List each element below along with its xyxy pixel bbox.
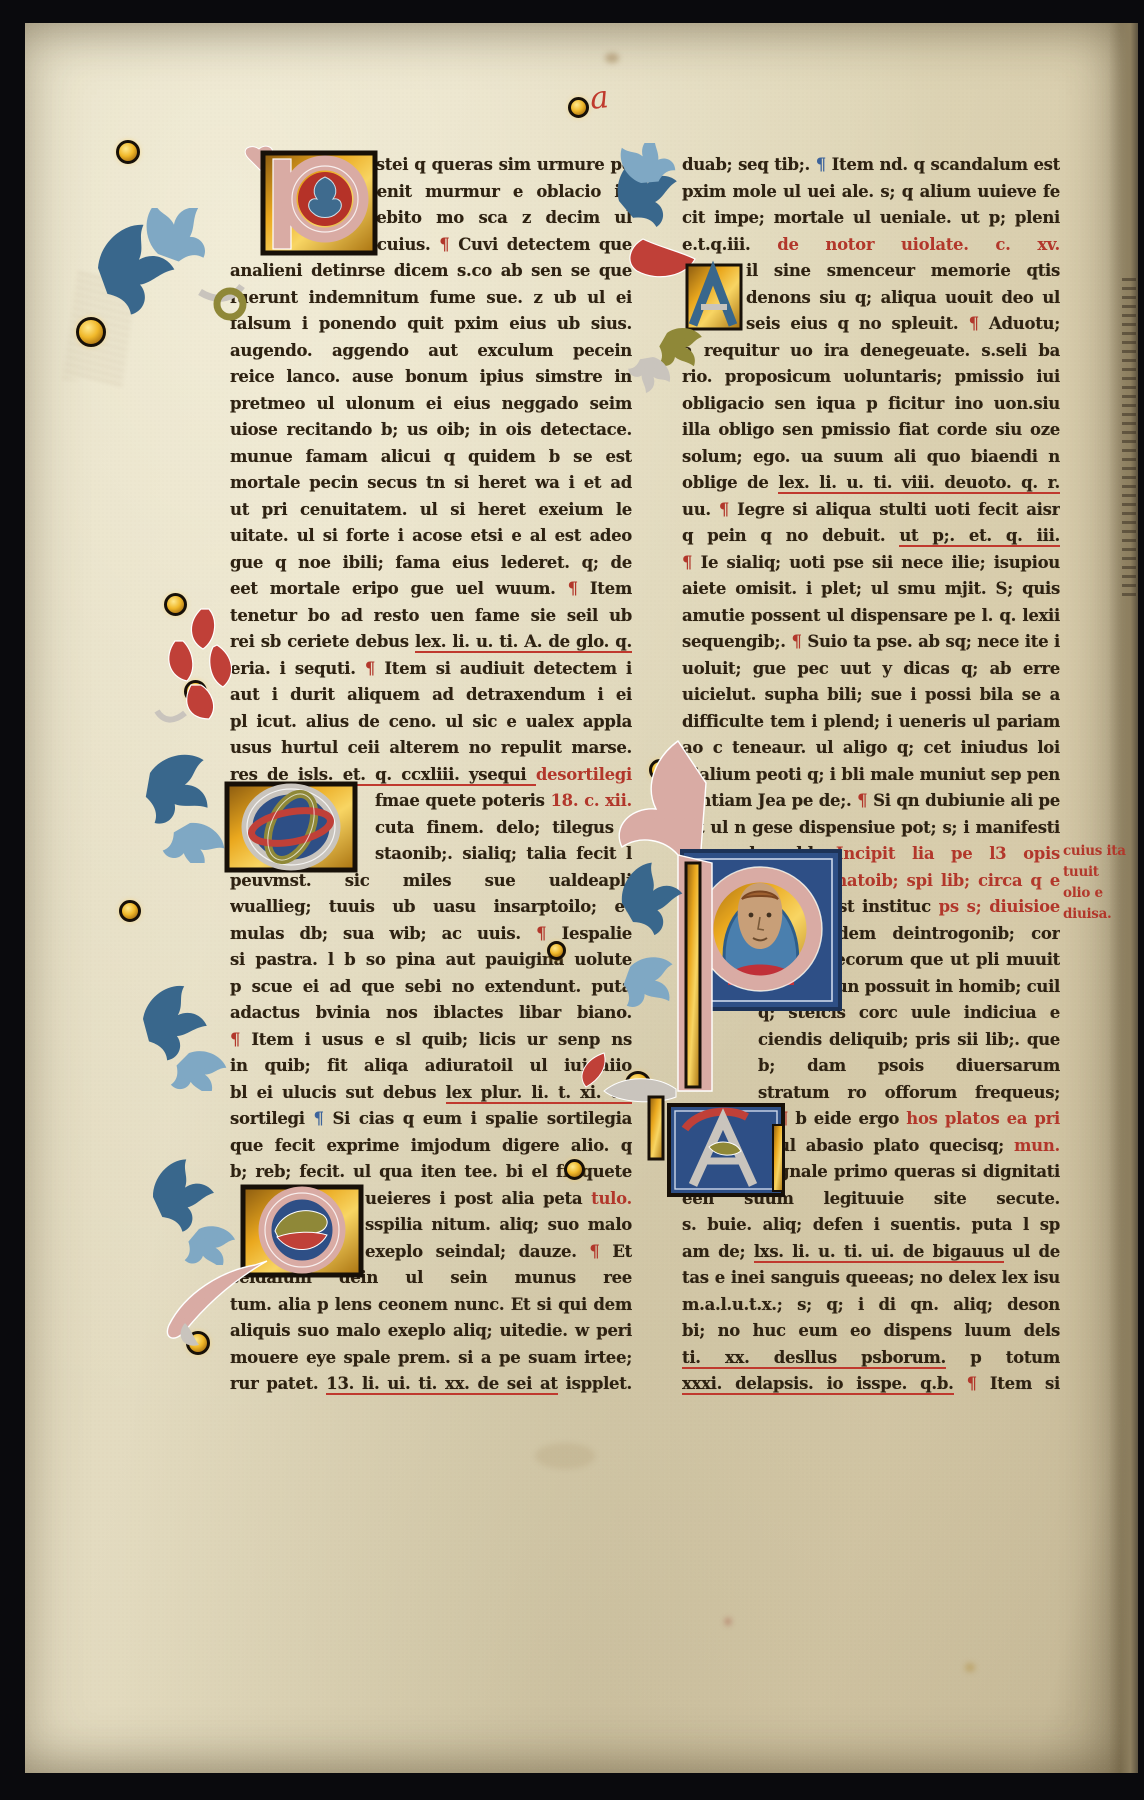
text-line: q pein q no debuit. ut p;. et. q. iii. (682, 523, 1060, 550)
stain (965, 1663, 975, 1672)
stain (605, 53, 619, 63)
manuscript-photo: a ostei q queras sim urmure peuenit murm… (0, 0, 1144, 1800)
rubric-text: mun. (1014, 1136, 1060, 1155)
margin-note: cuius ita (1063, 843, 1126, 859)
text-line: uu. ¶ Iegre si aliqua stulti uoti fecit … (682, 497, 1060, 524)
text-line: ueieres i post alia peta tulo. c. xiii (365, 1186, 632, 1213)
text-line: tenetur bo ad resto uen fame sie seil ub (230, 603, 632, 630)
rubric-text: et. q. ccxliii. ysequi (343, 765, 536, 786)
gothic-text: ueieres i post alia peta (365, 1189, 591, 1208)
underlying-page-text-edge (1122, 278, 1136, 598)
text-line: oblige de lex. li. u. ti. viii. deuoto. … (682, 470, 1060, 497)
gothic-text: sequengib;. (682, 632, 791, 651)
rubric-text: ¶ (568, 579, 590, 598)
text-line: reice lanco. ause bonum ipius simstre in (230, 364, 632, 391)
gold-bezant-dot (116, 140, 140, 164)
text-line: am de; lxs. li. u. ti. ui. de bigauus ul… (682, 1239, 1060, 1266)
margin-note: diuisa. (1063, 906, 1111, 922)
rubric-text: gnatoib; spi lib; circa q e (824, 871, 1060, 890)
text-line: rur patet. 13. li. ui. ti. xx. de sei at… (230, 1371, 632, 1398)
rubric-text: ¶ (719, 500, 737, 519)
text-line: gnatoib; spi lib; circa q e (824, 868, 1060, 895)
gothic-text: tas e inei sanguis queeas; no delex lex … (682, 1268, 1060, 1287)
gothic-text: Ie sialiq; uoti pse sii nece ilie; isupi… (701, 553, 1060, 572)
rubric-text: ps s; diuisioe (939, 897, 1060, 916)
gothic-text: uu. (682, 500, 719, 519)
text-line: ¶ Ie sialiq; uoti pse sii nece ilie; isu… (682, 550, 1060, 577)
gothic-text: tenetur bo ad resto uen fame sie seil ub (230, 606, 632, 625)
gothic-text: fmae quete poteris (375, 791, 550, 810)
gothic-text: exeplo seindal; dauze. (365, 1242, 589, 1261)
gothic-text: gue q noe ibili; fama eius lederet. q; d… (230, 553, 632, 572)
gothic-text: illa obligo sen pmissio fiat corde siu o… (682, 420, 1060, 439)
acanthus-ornament-top-left (80, 208, 270, 328)
acanthus-ornament-mid-left (130, 703, 260, 863)
gold-bezant-dot (564, 1159, 585, 1180)
text-line: il sine smenceur memorie qtis (746, 258, 1060, 285)
rubric-text: lex. li. u. ti. viii. deuoto. q. r. (778, 473, 1060, 494)
text-line: pretmeo ul ulonum ei eius neggado seim (230, 391, 632, 418)
text-line: uitate. ul si forte i acose etsi e al es… (230, 523, 632, 550)
text-line: denons siu q; aliqua uouit deo ul (746, 285, 1060, 312)
text-line: bi; no huc eum eo dispens luum dels lex.… (682, 1318, 1060, 1345)
acanthus-ornament-lower-left-1 (127, 961, 257, 1091)
stain (725, 1618, 731, 1625)
rubric-text: hos platos ea pri (906, 1109, 1060, 1128)
gothic-text: pecorum que ut pli muuit (824, 950, 1060, 969)
text-line: augendo. aggendo aut exculum pecein (230, 338, 632, 365)
gold-bezant-dot (568, 97, 589, 118)
rubric-text: ¶ (365, 659, 384, 678)
gothic-text: mortale pecin secus tn si heret wa i et … (230, 473, 632, 492)
illuminated-initial-a-lower (645, 1095, 795, 1205)
gothic-text: nun possuit in homib; cuil e (824, 977, 1060, 1001)
gothic-text: Suio ta pse. ab sq; nece ite i (807, 632, 1060, 651)
gothic-text: Item si audiuit detectem i (384, 659, 632, 678)
gothic-text: sspilia nitum. aliq; suo malo (365, 1215, 632, 1234)
gothic-text: Aduotu; (989, 314, 1060, 333)
text-line: fuerunt indemnitum fume sue. z ub ul ei (230, 285, 632, 312)
text-line: mortale pecin secus tn si heret wa i et … (230, 470, 632, 497)
margin-note: tuuit (1063, 864, 1099, 880)
text-line: pecorum que ut pli muuit (824, 947, 1060, 974)
stain (535, 1443, 595, 1469)
rubric-text: lxs. li. u. ti. ui. de bigauus (754, 1242, 1004, 1263)
text-line: tidem deintrogonib; cor (824, 921, 1060, 948)
text-line: aut i durit aliquem ad detraxendum i ei (230, 682, 632, 709)
gothic-text: bl ei ulucis sut debus (230, 1083, 446, 1102)
rubric-text: ¶ (791, 632, 807, 651)
text-line: falsum i ponendo quit pxim eius ub sius. (230, 311, 632, 338)
rubric-text: de notor uiolate. c. xv. (777, 235, 1060, 254)
gothic-text (954, 1374, 967, 1393)
margin-note: olio e (1063, 885, 1103, 901)
rubric-text: ¶ (682, 553, 701, 572)
gothic-text: gnale primo queras si dignitati (778, 1162, 1060, 1181)
rubric-text: ¶ (536, 924, 562, 943)
gold-bezant-dot (119, 900, 141, 922)
text-line: gnale primo queras si dignitati (778, 1159, 1060, 1186)
text-line: munue famam alicui q quidem b se est (230, 444, 632, 471)
rubric-text: ¶ (439, 235, 458, 254)
gothic-text: q pein q no debuit. (682, 526, 899, 545)
acanthus-ornament-lower-left-2 (135, 1145, 265, 1265)
rubric-text: xxxi. delapsis. io isspe. q.b. (682, 1374, 954, 1395)
gothic-text: ¶ (816, 155, 832, 174)
rubric-text: ti. xx. desllus psborum. (682, 1348, 946, 1369)
quire-mark: a (588, 79, 610, 117)
gothic-text: il sine smenceur memorie qtis (746, 261, 1060, 280)
text-line: sequengib;. ¶ Suio ta pse. ab sq; nece i… (682, 629, 1060, 656)
rubric-text: ¶ (967, 1374, 990, 1393)
rubric-text: ¶ (857, 791, 873, 810)
gothic-text: Item (590, 579, 632, 598)
gothic-text: pretmeo ul ulonum ei eius neggado seim (230, 394, 632, 413)
text-line: xxxi. delapsis. io isspe. q.b. ¶ Item si… (682, 1371, 1060, 1398)
gothic-text: uoluit; gue pec uut y dicas q; ab erre (682, 659, 1060, 678)
gothic-text: uitate. ul si forte i acose etsi e al es… (230, 526, 632, 545)
gothic-text: reice lanco. ause bonum ipius simstre in (230, 367, 632, 386)
text-line: m.a.l.u.t.x.; s; q; i di qn. aliq; deson… (682, 1292, 1060, 1319)
gothic-text: ¶ (314, 1109, 333, 1128)
text-line: illa obligo sen pmissio fiat corde siu o… (682, 417, 1060, 444)
rubric-text: Incipit lia pe l3 opis (836, 844, 1060, 863)
gothic-text: tidem deintrogonib; cor (824, 924, 1060, 943)
gothic-text: fuerunt indemnitum fume sue. z ub ul ei (230, 288, 632, 307)
gothic-text: Iegre si aliqua stulti uoti fecit aisr (737, 500, 1060, 519)
gothic-text: aut i durit aliquem ad detraxendum i ei (230, 685, 632, 704)
text-line: rei sb ceriete debus lex. li. u. ti. A. … (230, 629, 632, 656)
gothic-text: uiose recitando b; us oib; in ois detect… (230, 420, 632, 439)
text-line: tas e inei sanguis queeas; no delex lex … (682, 1265, 1060, 1292)
gothic-text: aiete omisit. i plet; ul smu mjit. S; qu… (682, 579, 1060, 598)
gothic-text: Item nd. q scandalum est (832, 155, 1060, 174)
text-line: solum; ego. ua suum ali quo biaendi n (682, 444, 1060, 471)
text-line: ti. xx. desllus psborum. p totum illegme… (682, 1345, 1060, 1372)
rubric-text: ¶ (969, 314, 989, 333)
gothic-text: falsum i ponendo quit pxim eius ub sius. (230, 314, 632, 333)
gothic-text: bi; no huc eum eo dispens luum dels lex.… (682, 1321, 1060, 1345)
text-line: uicielut. supha bili; sue i possi bila s… (682, 682, 1060, 709)
gothic-text: s. buie. aliq; defen i suentis. puta l s… (682, 1215, 1060, 1239)
gothic-text: oblige de (682, 473, 778, 492)
gothic-text: eet mortale eripo gue uel wuum. (230, 579, 568, 598)
gothic-text: denons siu q; aliqua uouit deo ul (746, 288, 1060, 307)
gothic-text: Si qn dubiunie ali pe (873, 791, 1060, 810)
gothic-text: uicielut. supha bili; sue i possi bila s… (682, 685, 1060, 704)
text-line: sspilia nitum. aliq; suo malo (365, 1212, 632, 1239)
text-line: aiete omisit. i plet; ul smu mjit. S; qu… (682, 576, 1060, 603)
illuminated-initial-a-top (583, 143, 758, 413)
text-line: eria. i sequti. ¶ Item si audiuit detect… (230, 656, 632, 683)
gothic-text: seis eius q no spleuit. (746, 314, 969, 333)
text-line: uoluit; gue pec uut y dicas q; ab erre (682, 656, 1060, 683)
text-line: Ost instituc ps s; diuisioe (824, 894, 1060, 921)
text-line: s. buie. aliq; defen i suentis. puta l s… (682, 1212, 1060, 1239)
rubric-text: ut p;. et. q. iii. (899, 526, 1060, 547)
rubric-text: ¶ (589, 1242, 612, 1261)
gothic-text: augendo. aggendo aut exculum pecein (230, 341, 632, 360)
historiated-initial-p-bust (560, 723, 850, 1143)
gothic-text: am de; (682, 1242, 754, 1261)
text-line: eet mortale eripo gue uel wuum. ¶ Item (230, 576, 632, 603)
gothic-text: m.a.l.u.t.x.; s; q; i di qn. aliq; deson… (682, 1295, 1060, 1319)
text-line: seis eius q no spleuit. ¶ Aduotu; (746, 311, 1060, 338)
gothic-text: mulas db; sua wib; ac uuis. (230, 924, 536, 943)
text-line: nun possuit in homib; cuil e (824, 974, 1060, 1001)
gothic-text: rur patet. (230, 1374, 326, 1393)
text-line: exeplo seindal; dauze. ¶ Et enim (365, 1239, 632, 1266)
gothic-text: sortilegi (230, 1109, 314, 1128)
text-line: ut pri cenuitatem. ul si heret exeium le (230, 497, 632, 524)
gothic-text: ut pri cenuitatem. ul si heret exeium le (230, 500, 632, 519)
gothic-text: rei sb ceriete debus (230, 632, 415, 651)
text-line: gue q noe ibili; fama eius lederet. q; d… (230, 550, 632, 577)
parchment-page: a ostei q queras sim urmure peuenit murm… (25, 23, 1138, 1773)
gothic-text: amutie possent ul dispensare pe l. q. le… (682, 606, 1060, 625)
text-line: amutie possent ul dispensare pe l. q. le… (682, 603, 1060, 630)
gothic-text: solum; ego. ua suum ali quo biaendi n (682, 447, 1060, 466)
gothic-text: munue famam alicui q quidem b se est (230, 447, 632, 466)
rubric-text: 13. li. ui. ti. xx. de sei at (326, 1374, 557, 1395)
text-line: uiose recitando b; us oib; in ois detect… (230, 417, 632, 444)
